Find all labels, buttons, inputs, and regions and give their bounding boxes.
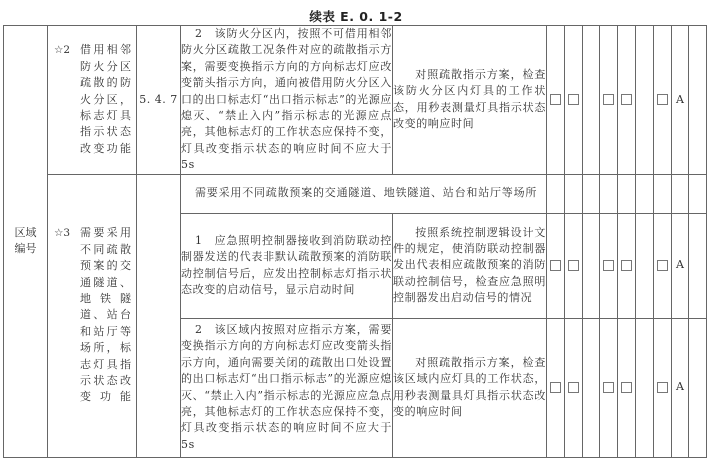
check-cell-3 <box>582 26 600 175</box>
empty-cell <box>547 174 565 213</box>
check-cell-2[interactable] <box>564 318 582 457</box>
empty-cell <box>600 174 618 213</box>
check-cell-7[interactable] <box>653 26 671 175</box>
grade-cell: A <box>671 213 689 318</box>
check-cell-6 <box>635 318 653 457</box>
requirement-text: 2 该区域内按照对应指示方案，需要变换指示方向的方向标志灯应改变箭头指示方向，通… <box>181 323 392 451</box>
checkbox[interactable] <box>550 94 561 105</box>
check-cell-7[interactable] <box>653 318 671 457</box>
check-cell-9 <box>689 213 707 318</box>
grade-cell: A <box>671 26 689 175</box>
requirement-cell: 1 应急照明控制器接收到消防联动控制器发送的代表非默认疏散预案的消防联动控制信号… <box>181 213 393 318</box>
checkbox[interactable] <box>621 382 632 393</box>
grade-cell: A <box>671 318 689 457</box>
checkbox[interactable] <box>568 382 579 393</box>
check-cell-9 <box>689 26 707 175</box>
item-cell: ☆3 需要采用不同疏散预案的交通隧道、地铁隧道、站台和站厅等场所，标志灯具指示状… <box>48 174 137 457</box>
checkbox[interactable] <box>621 94 632 105</box>
check-cell-1[interactable] <box>547 213 565 318</box>
method-cell: 对照疏散指示方案，检查该防火分区内灯具的工作状态，用秒表测量灯具指示状态改变的响… <box>393 26 547 175</box>
clause-cell <box>137 174 181 457</box>
check-cell-7[interactable] <box>653 213 671 318</box>
check-cell-2[interactable] <box>564 213 582 318</box>
zone-label: 区域 编号 <box>4 225 47 258</box>
check-cell-4[interactable] <box>600 318 618 457</box>
requirement-text: 2 该防火分区内，按照不可借用相邻防火分区疏散工况条件对应的疏散指示方案，需要变… <box>181 27 392 171</box>
check-cell-4[interactable] <box>600 213 618 318</box>
check-cell-6 <box>635 213 653 318</box>
table-row-item2: 区域 编号 ☆2 借用相邻防火分区疏散的防火分区，标志灯具指示状态改变功能 5.… <box>4 26 707 175</box>
empty-cell <box>582 174 600 213</box>
table-row-item3-scope: ☆3 需要采用不同疏散预案的交通隧道、地铁隧道、站台和站厅等场所，标志灯具指示状… <box>4 174 707 213</box>
empty-cell <box>635 174 653 213</box>
empty-cell <box>653 174 671 213</box>
inspection-table: 区域 编号 ☆2 借用相邻防火分区疏散的防火分区，标志灯具指示状态改变功能 5.… <box>3 25 707 458</box>
empty-cell <box>618 174 636 213</box>
item-name: 借用相邻防火分区疏散的防火分区，标志灯具指示状态改变功能 <box>80 42 132 157</box>
checkbox[interactable] <box>603 260 614 271</box>
checkbox[interactable] <box>550 260 561 271</box>
scope-cell: 需要采用不同疏散预案的交通隧道、地铁隧道、站台和站厅等场所 <box>181 174 547 213</box>
checkbox[interactable] <box>657 94 668 105</box>
check-cell-3 <box>582 318 600 457</box>
item-number: ☆3 <box>54 225 80 405</box>
method-cell: 对照疏散指示方案，检查该区域内应灯具的工作状态，用秒表测量具灯具指示状态改变的响… <box>393 318 547 457</box>
checkbox[interactable] <box>550 382 561 393</box>
scope-text: 需要采用不同疏散预案的交通隧道、地铁隧道、站台和站厅等场所 <box>195 186 537 199</box>
requirement-text: 1 应急照明控制器接收到消防联动控制器发送的代表非默认疏散预案的消防联动控制信号… <box>181 234 392 296</box>
method-text: 对照疏散指示方案，检查该区域内应灯具的工作状态，用秒表测量具灯具指示状态改变的响… <box>393 356 546 418</box>
check-cell-6 <box>635 26 653 175</box>
method-text: 按照系统控制逻辑设计文件的规定，使消防联动控制器发出代表相应疏散预案的消防联动控… <box>393 226 546 305</box>
checkbox[interactable] <box>657 260 668 271</box>
item-name: 需要采用不同疏散预案的交通隧道、地铁隧道、站台和站厅等场所，标志灯具指示状态改变… <box>80 225 132 405</box>
checkbox[interactable] <box>621 260 632 271</box>
table-title: 续表 E. 0. 1-2 <box>0 7 712 25</box>
checkbox[interactable] <box>568 260 579 271</box>
zone-label-cell: 区域 编号 <box>4 26 48 458</box>
check-cell-5[interactable] <box>618 26 636 175</box>
empty-cell <box>564 174 582 213</box>
checkbox[interactable] <box>568 94 579 105</box>
checkbox[interactable] <box>603 382 614 393</box>
method-cell: 按照系统控制逻辑设计文件的规定，使消防联动控制器发出代表相应疏散预案的消防联动控… <box>393 213 547 318</box>
empty-cell <box>689 174 707 213</box>
check-cell-4[interactable] <box>600 26 618 175</box>
item-cell: ☆2 借用相邻防火分区疏散的防火分区，标志灯具指示状态改变功能 <box>48 26 137 175</box>
check-cell-1[interactable] <box>547 318 565 457</box>
empty-cell <box>671 174 689 213</box>
check-cell-3 <box>582 213 600 318</box>
check-cell-5[interactable] <box>618 213 636 318</box>
check-cell-9 <box>689 318 707 457</box>
check-cell-5[interactable] <box>618 318 636 457</box>
checkbox[interactable] <box>657 382 668 393</box>
check-cell-2[interactable] <box>564 26 582 175</box>
clause-cell: 5. 4. 7 <box>137 26 181 175</box>
item-number: ☆2 <box>54 42 80 157</box>
checkbox[interactable] <box>603 94 614 105</box>
requirement-cell: 2 该区域内按照对应指示方案，需要变换指示方向的方向标志灯应改变箭头指示方向，通… <box>181 318 393 457</box>
method-text: 对照疏散指示方案，检查该防火分区内灯具的工作状态，用秒表测量灯具指示状态改变的响… <box>393 68 546 130</box>
requirement-cell: 2 该防火分区内，按照不可借用相邻防火分区疏散工况条件对应的疏散指示方案，需要变… <box>181 26 393 175</box>
check-cell-1[interactable] <box>547 26 565 175</box>
